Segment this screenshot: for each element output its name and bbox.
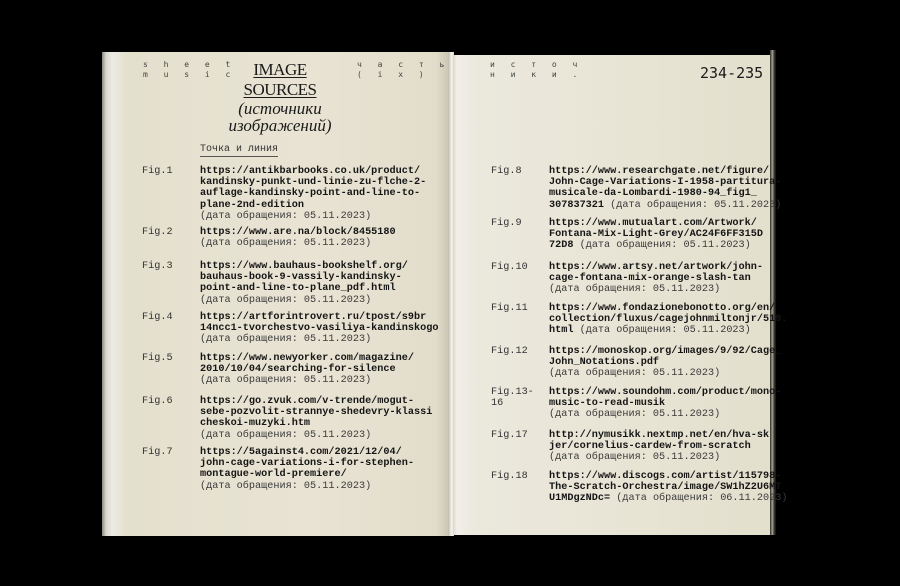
source-url-line[interactable]: cheskoi-muzyki.htm: [200, 418, 310, 429]
source-citation: https://antikbarbooks.co.uk/product/ kan…: [200, 166, 426, 222]
access-date: (дата обращения: 05.11.2023): [549, 409, 720, 420]
figure-label: Fig.4: [142, 312, 173, 323]
page-edge: [770, 50, 776, 535]
page-numbers: 234-235: [700, 64, 763, 82]
source-citation: https://artforintrovert.ru/tpost/s9br 14…: [200, 312, 438, 346]
source-url-line[interactable]: https://monoskop.org/images/9/92/Cage_: [549, 346, 781, 357]
source-url-line[interactable]: U1MDgzNDc=: [549, 493, 610, 504]
figure-label: Fig.12: [491, 346, 528, 357]
access-date: (дата обращения: 05.11.2023): [549, 368, 720, 379]
source-url-line[interactable]: html: [549, 325, 573, 336]
title-english: IMAGE SOURCES: [222, 60, 338, 100]
source-url-line[interactable]: musicale-da-Lombardi-1980-94_fig1_: [549, 188, 757, 199]
source-url-line[interactable]: John-Cage-Variations-I-1958-partitura-: [549, 177, 781, 188]
part-label-line: ч а с т ь: [357, 60, 450, 70]
access-date: (дата обращения: 05.11.2023): [200, 211, 371, 222]
source-citation: https://go.zvuk.com/v-trende/mogut- sebe…: [200, 396, 432, 441]
source-url-line[interactable]: auflage-kandinsky-point-and-line-to-: [200, 188, 420, 199]
source-url-line[interactable]: plane-2nd-edition: [200, 200, 304, 211]
figure-label: Fig.11: [491, 303, 528, 314]
source-url-line[interactable]: The-Scratch-Orchestra/image/SW1hZ2U6MT: [549, 482, 781, 493]
access-date: (дата обращения: 05.11.2023): [549, 284, 720, 295]
source-citation: https://www.researchgate.net/figure/ Joh…: [549, 166, 781, 211]
source-url-line[interactable]: https://www.fondazionebonotto.org/en/: [549, 303, 775, 314]
source-citation: http://nymusikk.nextmp.net/en/hva-sk jer…: [549, 430, 769, 464]
corner-label-line: н и к и .: [490, 70, 583, 80]
source-url-line[interactable]: john-cage-variations-i-for-stephen-: [200, 458, 414, 469]
source-citation: https://www.bauhaus-bookshelf.org/ bauha…: [200, 261, 408, 306]
source-citation: https://www.artsy.net/artwork/john- cage…: [549, 262, 763, 296]
source-url-line[interactable]: collection/fluxus/cagejohnmiltonjr/519.: [549, 314, 787, 325]
source-url-line[interactable]: point-and-line-to-plane_pdf.html: [200, 283, 396, 294]
source-url-line[interactable]: bauhaus-book-9-vassily-kandinsky-: [200, 272, 402, 283]
source-url-line[interactable]: https://www.are.na/block/8455180: [200, 227, 396, 238]
source-url-line[interactable]: jer/cornelius-cardew-from-scratch: [549, 441, 751, 452]
figure-label: Fig.1: [142, 166, 173, 177]
figure-label: Fig.18: [491, 471, 528, 482]
book-spine: [448, 52, 454, 536]
source-url-line[interactable]: 14ncc1-tvorchestvo-vasiliya-kandinskogo: [200, 323, 438, 334]
figure-label: Fig.7: [142, 447, 173, 458]
access-date: (дата обращения: 05.11.2023): [200, 481, 371, 492]
figure-label: Fig.9: [491, 218, 522, 229]
part-label: ч а с т ь ( i x ): [357, 60, 450, 80]
figure-label: Fig.8: [491, 166, 522, 177]
source-citation: https://www.are.na/block/8455180 (дата о…: [200, 227, 396, 249]
source-url-line[interactable]: https://www.researchgate.net/figure/: [549, 166, 769, 177]
source-url-line[interactable]: https://antikbarbooks.co.uk/product/: [200, 166, 420, 177]
title-russian-line: (источники: [222, 100, 338, 117]
source-citation: https://www.soundohm.com/product/mono- m…: [549, 387, 781, 421]
figure-label: Fig.5: [142, 353, 173, 364]
page-title: IMAGE SOURCES (источники изображений): [222, 60, 338, 134]
source-url-line[interactable]: music-to-read-musik: [549, 398, 665, 409]
source-citation: https://www.fondazionebonotto.org/en/ co…: [549, 303, 787, 337]
access-date: (дата обращения: 05.11.2023): [580, 240, 751, 251]
access-date: (дата обращения: 06.11.2023): [616, 493, 787, 504]
title-russian-line: изображений): [222, 117, 338, 134]
source-url-line[interactable]: cage-fontana-mix-orange-slash-tan: [549, 273, 751, 284]
source-url-line[interactable]: https://www.newyorker.com/magazine/: [200, 353, 414, 364]
access-date: (дата обращения: 05.11.2023): [610, 200, 781, 211]
source-url-line[interactable]: https://www.mutualart.com/Artwork/: [549, 218, 757, 229]
source-url-line[interactable]: https://artforintrovert.ru/tpost/s9br: [200, 312, 426, 323]
source-url-line[interactable]: https://www.bauhaus-bookshelf.org/: [200, 261, 408, 272]
corner-label-line: и с т о ч: [490, 60, 583, 70]
part-label-line: ( i x ): [357, 70, 450, 80]
source-citation: https://monoskop.org/images/9/92/Cage_ J…: [549, 346, 781, 380]
source-url-line[interactable]: https://www.discogs.com/artist/115798-: [549, 471, 781, 482]
source-citation: https://www.newyorker.com/magazine/ 2010…: [200, 353, 414, 387]
section-heading: Точка и линия: [200, 144, 278, 157]
access-date: (дата обращения: 05.11.2023): [200, 295, 371, 306]
source-url-line[interactable]: 307837321: [549, 200, 604, 211]
figure-label: Fig.10: [491, 262, 528, 273]
figure-label: Fig.13-16: [491, 387, 534, 409]
source-url-line[interactable]: https://go.zvuk.com/v-trende/mogut-: [200, 396, 414, 407]
source-citation: https://5against4.com/2021/12/04/ john-c…: [200, 447, 414, 492]
access-date: (дата обращения: 05.11.2023): [200, 375, 371, 386]
figure-label: Fig.2: [142, 227, 173, 238]
access-date: (дата обращения: 05.11.2023): [580, 325, 751, 336]
source-url-line[interactable]: https://www.soundohm.com/product/mono-: [549, 387, 781, 398]
source-url-line[interactable]: Fontana-Mix-Light-Grey/AC24F6FF315D: [549, 229, 763, 240]
corner-label-sources: и с т о ч н и к и .: [490, 60, 583, 80]
source-url-line[interactable]: 2010/10/04/searching-for-silence: [200, 364, 396, 375]
source-url-line[interactable]: https://5against4.com/2021/12/04/: [200, 447, 402, 458]
figure-label: Fig.6: [142, 396, 173, 407]
access-date: (дата обращения: 05.11.2023): [549, 452, 720, 463]
source-url-line[interactable]: John_Notations.pdf: [549, 357, 659, 368]
source-citation: https://www.mutualart.com/Artwork/ Fonta…: [549, 218, 763, 252]
source-url-line[interactable]: montague-world-premiere/: [200, 469, 347, 480]
source-citation: https://www.discogs.com/artist/115798- T…: [549, 471, 787, 505]
source-url-line[interactable]: kandinsky-punkt-und-linie-zu-flche-2-: [200, 177, 426, 188]
access-date: (дата обращения: 05.11.2023): [200, 238, 371, 249]
figure-label: Fig.17: [491, 430, 528, 441]
access-date: (дата обращения: 05.11.2023): [200, 430, 371, 441]
source-url-line[interactable]: sebe-pozvolit-strannye-shedevry-klassi: [200, 407, 432, 418]
source-url-line[interactable]: 72D8: [549, 240, 573, 251]
access-date: (дата обращения: 05.11.2023): [200, 334, 371, 345]
source-url-line[interactable]: https://www.artsy.net/artwork/john-: [549, 262, 763, 273]
figure-label: Fig.3: [142, 261, 173, 272]
source-url-line[interactable]: http://nymusikk.nextmp.net/en/hva-sk: [549, 430, 769, 441]
